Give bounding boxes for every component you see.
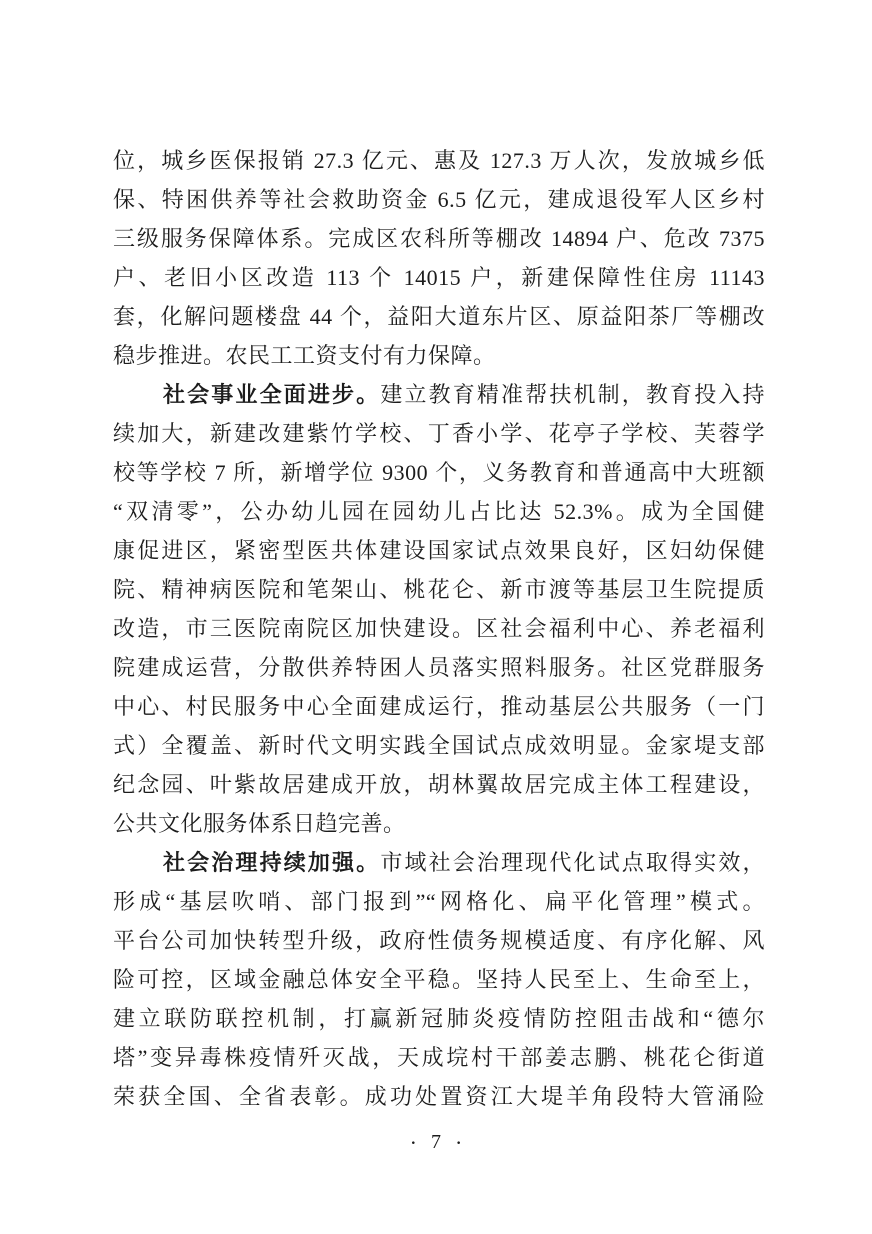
text-line: 险可控，区域金融总体安全平稳。坚持人民至上、生命至上， xyxy=(113,960,765,999)
text-line: 稳步推进。农民工工资支付有力保障。 xyxy=(113,336,765,375)
footer-left-dot: · xyxy=(410,1133,417,1153)
text-line: 平台公司加快转型升级，政府性债务规模适度、有序化解、风 xyxy=(113,921,765,960)
text-line: 改造，市三医院南院区加快建设。区社会福利中心、养老福利 xyxy=(113,609,765,648)
paragraph-continuation-social-security: 位，城乡医保报销 27.3 亿元、惠及 127.3 万人次，发放城乡低保、特困供… xyxy=(113,141,765,375)
text-line: 康促进区，紧密型医共体建设国家试点效果良好，区妇幼保健 xyxy=(113,531,765,570)
page-footer: · 7 · xyxy=(0,1131,872,1154)
document-page: 位，城乡医保报销 27.3 亿元、惠及 127.3 万人次，发放城乡低保、特困供… xyxy=(0,0,872,1234)
text-line: 纪念园、叶紫故居建成开放，胡林翼故居完成主体工程建设， xyxy=(113,765,765,804)
footer-right-dot: · xyxy=(455,1133,462,1153)
document-body: 位，城乡医保报销 27.3 亿元、惠及 127.3 万人次，发放城乡低保、特困供… xyxy=(113,141,765,1116)
text-line: 套，化解问题楼盘 44 个，益阳大道东片区、原益阳茶厂等棚改 xyxy=(113,297,765,336)
text-line: 中心、村民服务中心全面建成运行，推动基层公共服务（一门 xyxy=(113,687,765,726)
paragraph-social-undertakings: 社会事业全面进步。建立教育精准帮扶机制，教育投入持续加大，新建改建紫竹学校、丁香… xyxy=(113,375,765,843)
paragraph-lead-bold: 社会事业全面进步。 xyxy=(163,382,380,407)
text-line: 校等学校 7 所，新增学位 9300 个，义务教育和普通高中大班额 xyxy=(113,453,765,492)
text-line: 建立联防联控机制，打赢新冠肺炎疫情防控阻击战和“德尔 xyxy=(113,999,765,1038)
text-line: 社会治理持续加强。市域社会治理现代化试点取得实效， xyxy=(113,843,765,882)
text-line: 院、精神病医院和笔架山、桃花仑、新市渡等基层卫生院提质 xyxy=(113,570,765,609)
text-line: “双清零”，公办幼儿园在园幼儿占比达 52.3%。成为全国健 xyxy=(113,492,765,531)
text-line: 位，城乡医保报销 27.3 亿元、惠及 127.3 万人次，发放城乡低 xyxy=(113,141,765,180)
text-line: 塔”变异毒株疫情歼灭战，天成垸村干部姜志鹏、桃花仑街道 xyxy=(113,1038,765,1077)
text-line: 式）全覆盖、新时代文明实践全国试点成效明显。金家堤支部 xyxy=(113,726,765,765)
text-line: 户、老旧小区改造 113 个 14015 户，新建保障性住房 11143 xyxy=(113,258,765,297)
text-line: 荣获全国、全省表彰。成功处置资江大堤羊角段特大管涌险 xyxy=(113,1077,765,1116)
text-line: 院建成运营，分散供养特困人员落实照料服务。社区党群服务 xyxy=(113,648,765,687)
text-line: 形成“基层吹哨、部门报到”“网格化、扁平化管理”模式。 xyxy=(113,882,765,921)
text-line: 三级服务保障体系。完成区农科所等棚改 14894 户、危改 7375 xyxy=(113,219,765,258)
paragraph-lead-bold: 社会治理持续加强。 xyxy=(163,850,380,875)
text-line: 保、特困供养等社会救助资金 6.5 亿元，建成退役军人区乡村 xyxy=(113,180,765,219)
page-number: 7 xyxy=(431,1131,441,1154)
text-line: 公共文化服务体系日趋完善。 xyxy=(113,804,765,843)
text-line: 续加大，新建改建紫竹学校、丁香小学、花亭子学校、芙蓉学 xyxy=(113,414,765,453)
paragraph-social-governance: 社会治理持续加强。市域社会治理现代化试点取得实效，形成“基层吹哨、部门报到”“网… xyxy=(113,843,765,1116)
text-line: 社会事业全面进步。建立教育精准帮扶机制，教育投入持 xyxy=(113,375,765,414)
